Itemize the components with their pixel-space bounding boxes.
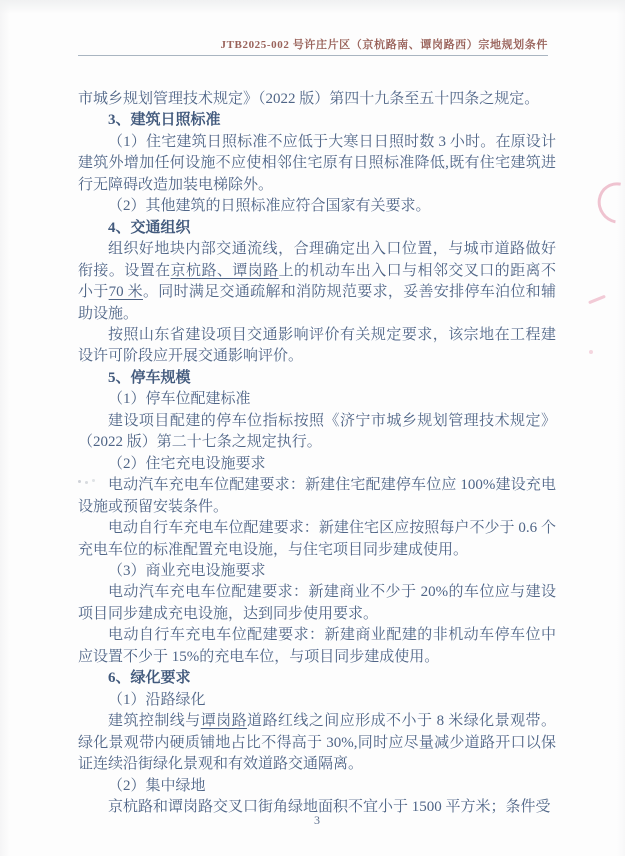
paragraph: （1）住宅建筑日照标准不应低于大寒日日照时数 3 小时。在原设计建筑外增加任何设… [78, 132, 556, 196]
paragraph: （3）商业充电设施要求 [78, 561, 556, 582]
text-run: （3）商业充电设施要求 [108, 563, 266, 579]
underlined-text: 京杭路、谭岗路 [171, 263, 279, 279]
section-heading: 3、建筑日照标准 [78, 110, 556, 131]
text-run: 电动自行车充电车位配建要求：新建住宅区应按照每户不少于 0.6 个充电车位的标准… [78, 520, 556, 557]
text-run: 电动自行车充电车位配建要求：新建商业配建的非机动车停车位中应设置不少于 15%的… [78, 627, 556, 664]
text-run: （2）住宅充电设施要求 [108, 456, 266, 472]
text-run: 。同时满足交通疏解和消防规范要求，妥善安排停车泊位和辅助设施。 [78, 284, 556, 321]
document-header-title: JTB2025-002 号许庄片区（京杭路南、谭岗路西）宗地规划条件 [221, 36, 549, 52]
paragraph: 电动自行车充电车位配建要求：新建商业配建的非机动车停车位中应设置不少于 15%的… [78, 625, 556, 668]
underlined-text: 70 米 [109, 284, 143, 300]
scan-artifact-dots [78, 480, 81, 483]
document-body: 市城乡规划管理技术规定》（2022 版）第四十九条至五十四条之规定。3、建筑日照… [78, 89, 556, 818]
text-run: 电动汽车充电车位配建要求：新建住宅配建停车位应 100%建设充电设施或预留安装条… [78, 477, 556, 514]
paragraph: 组织好地块内部交通流线，合理确定出入口位置，与城市道路做好衔接。设置在京杭路、谭… [78, 239, 556, 325]
text-run: （2）集中绿地 [108, 778, 206, 794]
paragraph: 市城乡规划管理技术规定》（2022 版）第四十九条至五十四条之规定。 [78, 89, 556, 110]
text-run: 电动汽车充电车位配建要求：新建商业不少于 20%的车位应与建设项目同步建成充电设… [78, 584, 556, 621]
paragraph: （2）其他建筑的日照标准应符合国家有关要求。 [78, 196, 556, 217]
section-heading: 6、绿化要求 [78, 668, 556, 689]
text-run: 建筑控制线与 [108, 713, 201, 729]
paragraph: 电动汽车充电车位配建要求：新建商业不少于 20%的车位应与建设项目同步建成充电设… [78, 582, 556, 625]
text-run: （1）住宅建筑日照标准不应低于大寒日日照时数 3 小时。在原设计建筑外增加任何设… [78, 134, 556, 193]
paragraph: 电动自行车充电车位配建要求：新建住宅区应按照每户不少于 0.6 个充电车位的标准… [78, 518, 556, 561]
header-rule [78, 55, 548, 56]
text-run: （2）其他建筑的日照标准应符合国家有关要求。 [108, 198, 431, 214]
paragraph: 电动汽车充电车位配建要求：新建住宅配建停车位应 100%建设充电设施或预留安装条… [78, 475, 556, 518]
text-run: 5、停车规模 [108, 370, 191, 386]
paragraph: （2）住宅充电设施要求 [78, 454, 556, 475]
text-run: 市城乡规划管理技术规定》（2022 版）第四十九条至五十四条之规定。 [78, 91, 539, 107]
underlined-text: 谭岗路 [201, 713, 247, 729]
seal-fragment-dot [589, 350, 593, 354]
text-run: 4、交通组织 [108, 220, 191, 236]
seal-fragment-arc [590, 174, 625, 231]
scanned-document-page: JTB2025-002 号许庄片区（京杭路南、谭岗路西）宗地规划条件 市城乡规划… [0, 0, 625, 856]
text-run: 6、绿化要求 [108, 670, 191, 686]
section-heading: 4、交通组织 [78, 218, 556, 239]
text-run: 3、建筑日照标准 [108, 112, 221, 128]
seal-fragment-dash [588, 295, 606, 305]
text-run: 按照山东省建设项目交通影响评价有关规定要求，该宗地在工程建设许可阶段应开展交通影… [78, 327, 556, 364]
paragraph: 按照山东省建设项目交通影响评价有关规定要求，该宗地在工程建设许可阶段应开展交通影… [78, 325, 556, 368]
paragraph: 建筑控制线与谭岗路道路红线之间应形成不小于 8 米绿化景观带。绿化景观带内硬质铺… [78, 711, 556, 775]
paragraph: （2）集中绿地 [78, 776, 556, 797]
text-run: 建设项目配建的停车位指标按照《济宁市城乡规划管理技术规定》（2022 版）第二十… [78, 413, 556, 450]
page-number: 3 [78, 813, 556, 828]
paragraph: （1）沿路绿化 [78, 690, 556, 711]
text-run: （1）停车位配建标准 [108, 391, 251, 407]
paragraph: 建设项目配建的停车位指标按照《济宁市城乡规划管理技术规定》（2022 版）第二十… [78, 411, 556, 454]
text-run: （1）沿路绿化 [108, 692, 206, 708]
section-heading: 5、停车规模 [78, 368, 556, 389]
paragraph: （1）停车位配建标准 [78, 389, 556, 410]
